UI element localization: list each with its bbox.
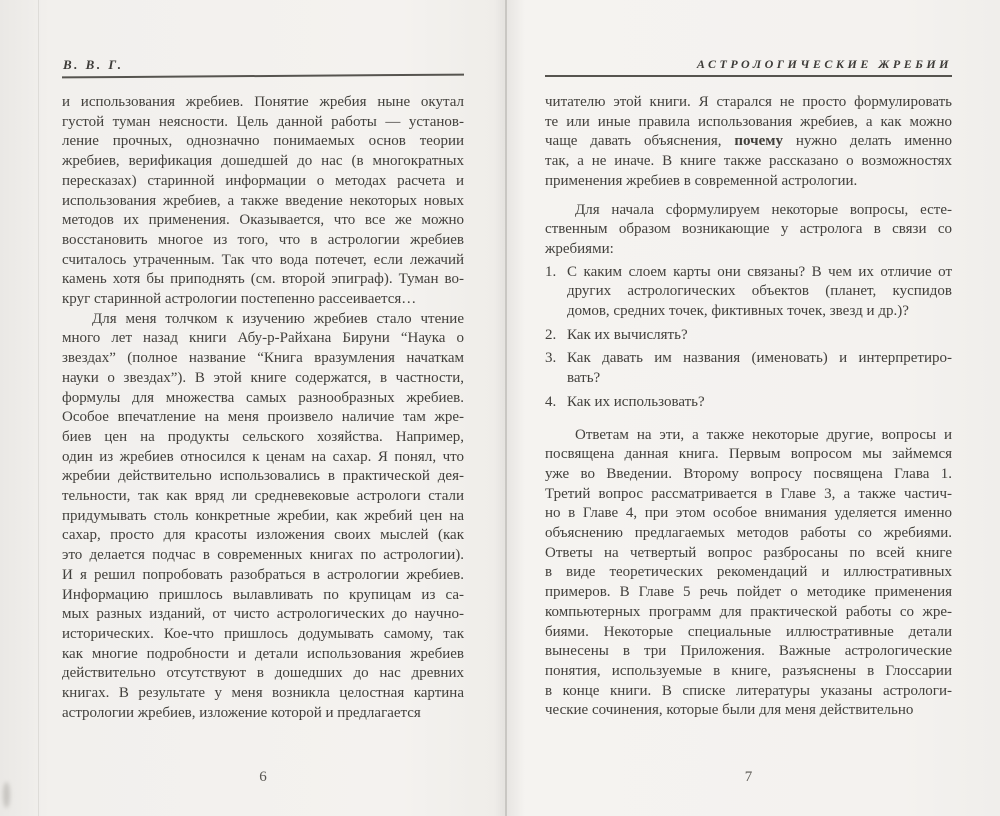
- text-line: Как давать им названия (именовать) и инт…: [567, 349, 952, 369]
- text-line: в виде теоретических рекомендаций и иллю…: [545, 563, 952, 583]
- text-line: Для начала сформулируем некоторые вопрос…: [545, 201, 952, 221]
- text-line: чаще давать объяснения, почему нужно дел…: [545, 132, 952, 152]
- text-line: действительно отсутствуют в дошедших до …: [62, 664, 464, 684]
- text-line: других астрологических объектов (планет,…: [567, 282, 952, 302]
- text-line: жребиев, верификация дошедшей до нас (в …: [62, 152, 464, 172]
- text-line: ческие сочинения, которые были для меня …: [545, 701, 952, 721]
- text-line: ление прочных, однозначно понимаемых осн…: [62, 132, 464, 152]
- numbered-list-item: 3.Как давать им названия (именовать) и и…: [545, 349, 952, 388]
- numbered-list-item: 2.Как их вычислять?: [545, 326, 952, 346]
- text-line: посвящена данная книга. Первым вопросом …: [545, 445, 952, 465]
- header-rule-left: [62, 74, 464, 79]
- list-item-text: С каким слоем карты они связаны? В чем и…: [567, 263, 952, 322]
- text-line: так, а не иначе. В книге также рассказан…: [545, 152, 952, 172]
- list-item-number: 4.: [545, 393, 567, 413]
- page-gutter: [505, 0, 507, 816]
- text-line: придумывать столь конкретные жребии, как…: [62, 507, 464, 527]
- text-column-right: читателю этой книги. Я старался не прост…: [545, 93, 952, 721]
- paragraph: Для начала сформулируем некоторые вопрос…: [545, 201, 952, 260]
- text-line: густой туман неясности. Цель данной рабо…: [62, 113, 464, 133]
- text-line: биев цен на продукты сельского хозяйства…: [62, 428, 464, 448]
- list-item-number: 1.: [545, 263, 567, 322]
- text-line: много лет назад книги Абу-р-Райхана Биру…: [62, 329, 464, 349]
- text-line: восстановить многое из того, что в астро…: [62, 231, 464, 251]
- text-line: Как их вычислять?: [567, 326, 952, 346]
- text-line: применения жребиев в современной астроло…: [545, 172, 952, 192]
- text-column-left: и использования жребиев. Понятие жребия …: [62, 93, 464, 724]
- page-edge-shadow: [38, 0, 39, 816]
- text-line: примеров. В Главе 5 речь пойдет о методи…: [545, 583, 952, 603]
- scan-smudge: [3, 782, 10, 808]
- running-header-left: В. В. Г.: [63, 57, 123, 73]
- text-line: биями. Некоторые специальные иллюстратив…: [545, 623, 952, 643]
- text-line: Информацию пришлось вылавливать по крупи…: [62, 586, 464, 606]
- paragraph: Ответам на эти, а также некоторые другие…: [545, 426, 952, 722]
- text-line: камень хотя бы приподнять (см. второй эп…: [62, 270, 464, 290]
- text-line: Особое впечатление на меня произвело нал…: [62, 408, 464, 428]
- text-line: один из жребиев относился к ценам на сах…: [62, 448, 464, 468]
- text-line: сахар, просто для красоты изложения свои…: [62, 526, 464, 546]
- text-line: вынесены в три Приложения. Важные астрол…: [545, 642, 952, 662]
- text-line: домов, средних точек, фиктивных точек, з…: [567, 302, 952, 322]
- text-line: вать?: [567, 369, 952, 389]
- text-line: но в Главе 4, при этом особое внимания у…: [545, 504, 952, 524]
- text-line: как многие подробности и детали использо…: [62, 645, 464, 665]
- text-line: объяснению предлагаемых методов работы с…: [545, 524, 952, 544]
- text-line: формулы для множества самых разнообразны…: [62, 389, 464, 409]
- text-line: Как их использовать?: [567, 393, 952, 413]
- list-item-text: Как их вычислять?: [567, 326, 952, 346]
- text-line: звездах” (полное название “Книга вразумл…: [62, 349, 464, 369]
- text-line: Ответы на четвертый вопрос разбросаны по…: [545, 544, 952, 564]
- text-line: и использования жребиев. Понятие жребия …: [62, 93, 464, 113]
- header-rule-right: [545, 75, 952, 77]
- numbered-list-item: 1.С каким слоем карты они связаны? В чем…: [545, 263, 952, 322]
- list-item-number: 3.: [545, 349, 567, 388]
- page-number-left: 6: [62, 769, 464, 786]
- text-line: читателю этой книги. Я старался не прост…: [545, 93, 952, 113]
- text-line: С каким слоем карты они связаны? В чем и…: [567, 263, 952, 283]
- text-line: Для меня толчком к изучению жребиев стал…: [62, 310, 464, 330]
- page-number-right: 7: [545, 769, 952, 786]
- text-line: жребии действительно использовались в пр…: [62, 467, 464, 487]
- list-item-number: 2.: [545, 326, 567, 346]
- running-header-right: АСТРОЛОГИЧЕСКИЕ ЖРЕБИИ: [545, 57, 952, 72]
- text-line: жребиями:: [545, 240, 952, 260]
- book-spread: В. В. Г. АСТРОЛОГИЧЕСКИЕ ЖРЕБИИ и исполь…: [0, 0, 1000, 816]
- text-line: понятия, используемые в книге, разъяснен…: [545, 662, 952, 682]
- text-line: И я решил попробовать разобраться в астр…: [62, 566, 464, 586]
- numbered-list-item: 4.Как их использовать?: [545, 393, 952, 413]
- text-line: Третий вопрос рассматривается в Главе 3,…: [545, 485, 952, 505]
- text-line: методов их применения. Оказывается, что …: [62, 211, 464, 231]
- text-line: Ответам на эти, а также некоторые другие…: [545, 426, 952, 446]
- text-line: науки о звездах”). В этой книге содержат…: [62, 369, 464, 389]
- text-line: пересказах) старинной информации о метод…: [62, 172, 464, 192]
- text-line: компьютерных программ для практической р…: [545, 603, 952, 623]
- text-line: тельности, так как вряд ли средневековые…: [62, 487, 464, 507]
- text-line: астрологии жребиев, изложение которой и …: [62, 704, 464, 724]
- text-line: это делается подчас в современных книгах…: [62, 546, 464, 566]
- text-line: использования жребиев, а также введение …: [62, 192, 464, 212]
- text-line: уже во Введении. Второму вопросу посвяще…: [545, 465, 952, 485]
- list-item-text: Как их использовать?: [567, 393, 952, 413]
- paragraph: читателю этой книги. Я старался не прост…: [545, 93, 952, 192]
- paragraph: и использования жребиев. Понятие жребия …: [62, 93, 464, 310]
- text-line: исторических. Кое-что пришлось додумыват…: [62, 625, 464, 645]
- text-line: книгах. В результате у меня возникла цел…: [62, 684, 464, 704]
- text-line: те или иные правила использования жребие…: [545, 113, 952, 133]
- text-line: ственным образом возникающие у астролога…: [545, 220, 952, 240]
- text-line: считалось утраченным. Так что вода потеч…: [62, 251, 464, 271]
- text-line: в конце книги. В списке литературы указа…: [545, 682, 952, 702]
- text-line: мых разных изданий, от чисто астрологиче…: [62, 605, 464, 625]
- paragraph: Для меня толчком к изучению жребиев стал…: [62, 310, 464, 724]
- text-line: круг старинной астрологии постепенно рас…: [62, 290, 464, 310]
- list-item-text: Как давать им названия (именовать) и инт…: [567, 349, 952, 388]
